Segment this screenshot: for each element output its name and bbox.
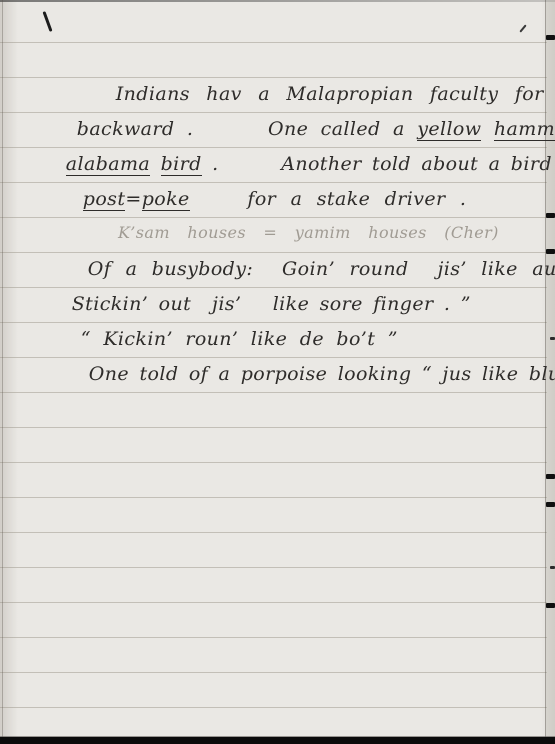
edge-tick (546, 35, 555, 40)
handwritten-line-9: One told of a porpoise looking “ jus lik… (47, 341, 555, 407)
edge-tick (546, 474, 555, 479)
page-left-edge-line (2, 0, 3, 744)
edge-tick (550, 566, 555, 569)
page-bottom-edge (0, 737, 555, 744)
edge-tick (550, 337, 555, 340)
edge-tick (546, 213, 555, 218)
edge-tick (546, 603, 555, 608)
text-segment: One told of a porpoise looking “ jus lik… (89, 363, 555, 385)
notebook-page: Indians hav a Malapropian faculty for ge… (0, 0, 555, 744)
edge-tick (546, 502, 555, 507)
page-top-edge (0, 0, 555, 2)
